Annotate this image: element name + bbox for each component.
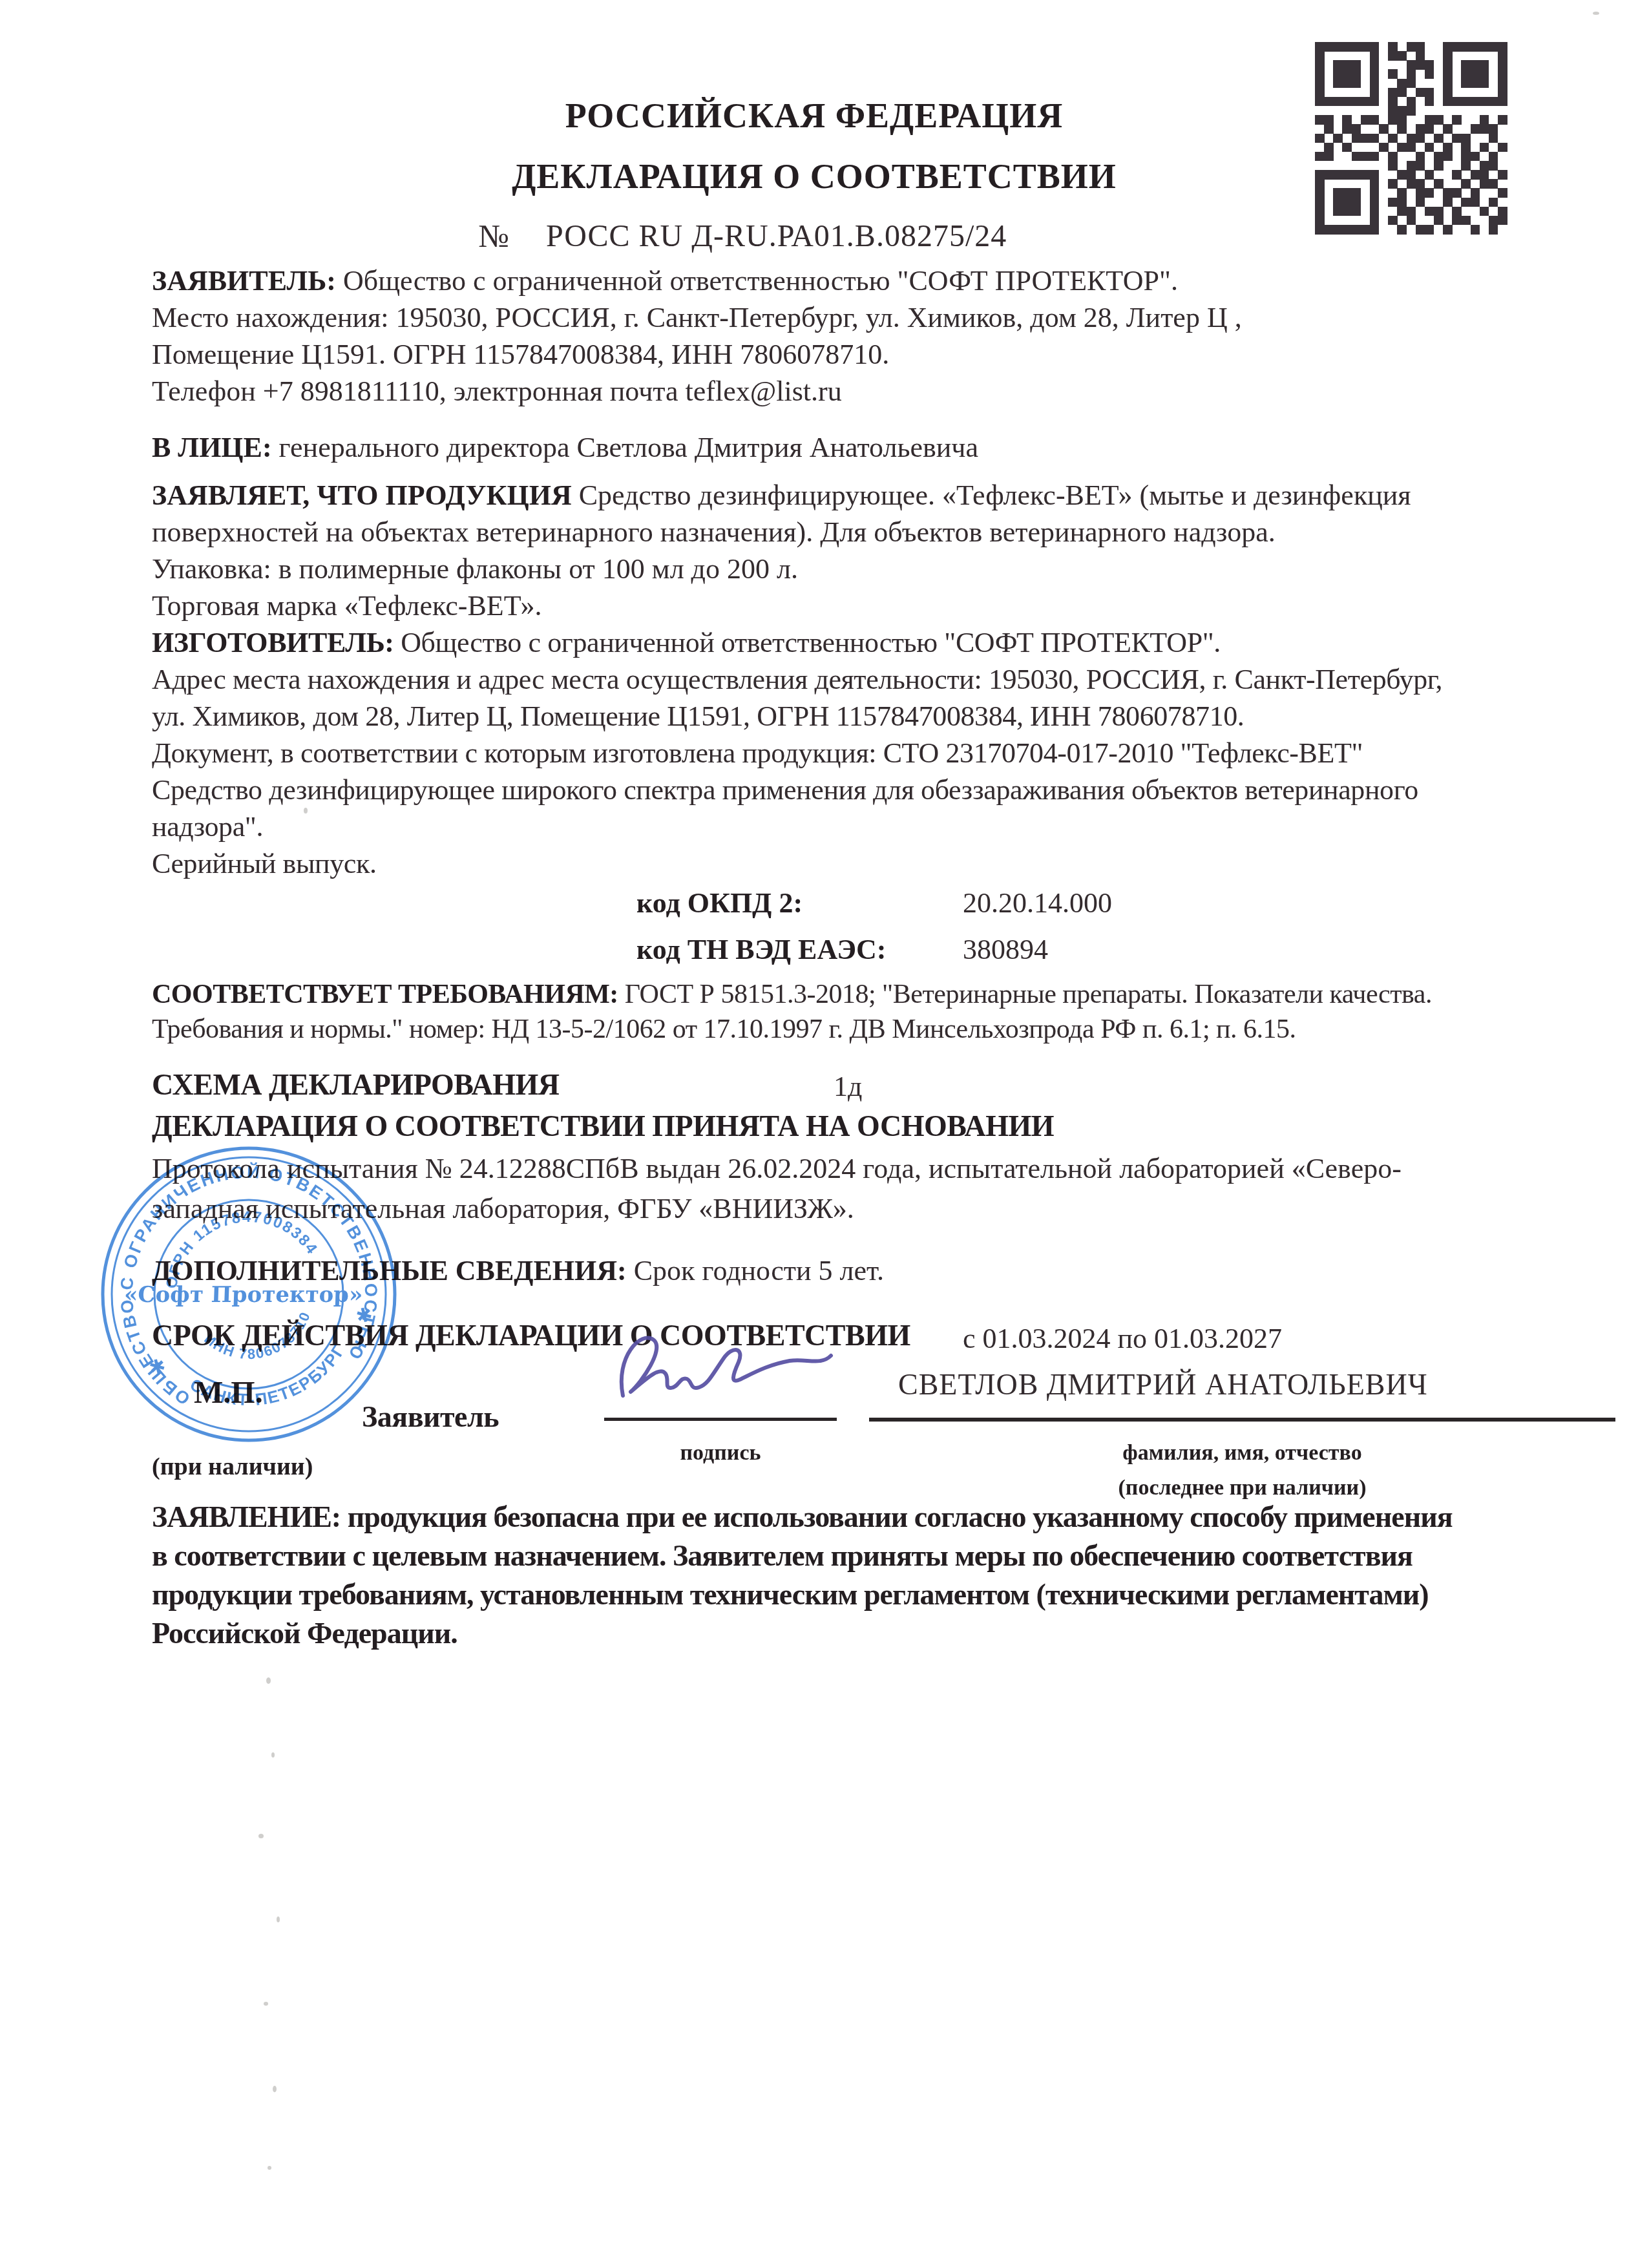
stamp-inn-text: ИНН 7806078710 [199,1306,322,1374]
product-label: ЗАЯВЛЯЕТ, ЧТО ПРОДУКЦИЯ [152,479,572,511]
applicant-paragraph: ЗАЯВИТЕЛЬ: Общество с ограниченной ответ… [152,262,1242,410]
scheme-value: 1д [834,1070,862,1103]
scan-artifact [268,2166,271,2170]
in-person-paragraph: В ЛИЦЕ: генерального директора Светлова … [152,429,978,466]
additional-text: Срок годности 5 лет. [627,1255,884,1286]
country-title: РОССИЙСКАЯ ФЕДЕРАЦИЯ [136,96,1493,136]
name-caption-2: (последнее при наличии) [869,1476,1615,1500]
stamp-org-text: ОБЩЕСТВО С ОГРАНИЧЕННОЙ ОТВЕТСТВЕННОСТЬЮ [97,1142,400,1418]
name-caption: фамилия, имя, отчество [869,1441,1615,1465]
number-sign: № [478,217,509,255]
declaration-document-page: РОССИЙСКАЯ ФЕДЕРАЦИЯ ДЕКЛАРАЦИЯ О СООТВЕ… [0,0,1649,2268]
scan-artifact [264,2002,268,2006]
validity-value: с 01.03.2024 по 01.03.2027 [963,1322,1282,1355]
in-person-text: генерального директора Светлова Дмитрия … [272,432,978,463]
stamp-place-note: (при наличии) [152,1453,313,1481]
basis-label: ДЕКЛАРАЦИЯ О СООТВЕТСТВИИ ПРИНЯТА НА ОСН… [152,1109,1054,1143]
manufacturer-text: Общество с ограниченной ответственностью… [152,627,1442,879]
scan-artifact [271,1752,275,1758]
scan-artifact [304,808,308,814]
tnved-code-label: код ТН ВЭД ЕАЭС: [636,933,886,966]
scan-artifact [258,1834,264,1838]
manufacturer-paragraph: ИЗГОТОВИТЕЛЬ: Общество с ограниченной от… [152,624,1442,882]
statement-text: продукция безопасна при ее использовании… [152,1500,1453,1650]
product-paragraph: ЗАЯВЛЯЕТ, ЧТО ПРОДУКЦИЯ Средство дезинфи… [152,477,1411,624]
scan-artifact [277,1916,280,1922]
okpd-code-label: код ОКПД 2: [636,887,803,919]
tnved-code-value: 380894 [963,933,1048,966]
scan-artifact [266,1677,271,1684]
manufacturer-label: ИЗГОТОВИТЕЛЬ: [152,627,394,658]
statement-paragraph: ЗАЯВЛЕНИЕ: продукция безопасна при ее ис… [152,1498,1453,1653]
conformity-label: СООТВЕТСТВУЕТ ТРЕБОВАНИЯМ: [152,980,618,1009]
declaration-number: РОСС RU Д-RU.РА01.В.08275/24 [546,218,1007,254]
signature-caption: подпись [604,1441,837,1465]
applicant-label: ЗАЯВИТЕЛЬ: [152,265,336,297]
stamp-company-name: «Софт Протектор» [124,1282,363,1308]
scan-artifact [1593,12,1599,15]
company-stamp: ОБЩЕСТВО С ОГРАНИЧЕННОЙ ОТВЕТСТВЕННОСТЬЮ… [97,1142,401,1446]
signature-rule [604,1418,837,1421]
statement-label: ЗАЯВЛЕНИЕ: [152,1500,341,1533]
scheme-label: СХЕМА ДЕКЛАРИРОВАНИЯ [152,1067,560,1102]
conformity-paragraph: СООТВЕТСТВУЕТ ТРЕБОВАНИЯМ: ГОСТ Р 58151.… [152,977,1432,1047]
signer-name: СВЕТЛОВ ДМИТРИЙ АНАТОЛЬЕВИЧ [898,1367,1428,1402]
document-title: ДЕКЛАРАЦИЯ О СООТВЕТСТВИИ [136,156,1493,196]
name-rule [869,1418,1615,1422]
handwritten-signature [601,1319,846,1416]
qr-code [1315,42,1507,235]
in-person-label: В ЛИЦЕ: [152,432,272,463]
okpd-code-value: 20.20.14.000 [963,887,1112,919]
scan-artifact [273,2086,277,2092]
